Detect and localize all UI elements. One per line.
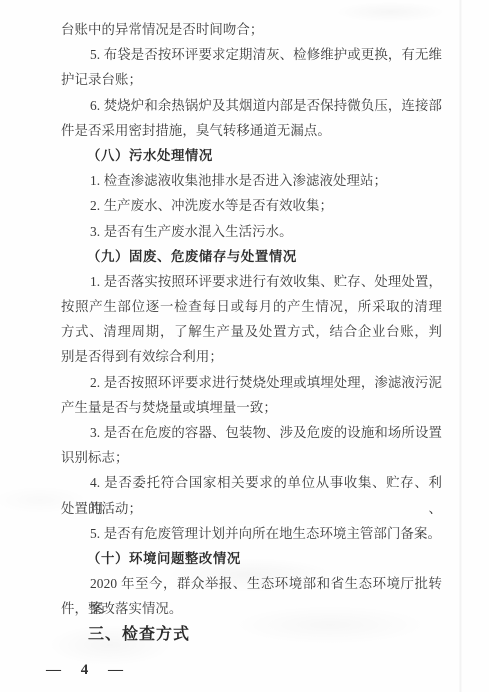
section-heading: （九）固废、危废储存与处置情况	[61, 244, 442, 269]
text-line: 3. 是否在危废的容器、包装物、涉及危废的设施和场所设置	[61, 420, 442, 445]
text-line: 4. 是否委托符合国家相关要求的单位从事收集、贮存、利用、	[61, 470, 442, 495]
text-line: 5. 布袋是否按环评要求定期清灰、检修维护或更换，有无维	[61, 42, 442, 67]
text-line: 方式、清理周期，了解生产量及处置方式，结合企业台账，判	[61, 319, 442, 344]
section-heading: （八）污水处理情况	[61, 143, 442, 168]
page-number: — 4 —	[46, 662, 125, 679]
text-line: 2020 年至今，群众举报、生态环境部和省生态环境厅批转案	[61, 571, 442, 596]
text-line: 2. 是否按照环评要求进行焚烧处理或填埋处理，渗滤液污泥	[61, 370, 442, 395]
text-line: 护记录台账；	[61, 67, 442, 92]
text-line: 1. 是否落实按照环评要求进行有效收集、贮存、处理处置，	[61, 269, 442, 294]
text-line: 件，整改落实情况。	[61, 596, 442, 621]
text-line: 3. 是否有生产废水混入生活污水。	[61, 219, 442, 244]
chapter-heading: 三、检查方式	[61, 622, 442, 647]
text-line: 按照产生部位逐一检查每日或每月的产生情况，所采取的清理	[61, 294, 442, 319]
text-line: 2. 生产废水、冲洗废水等是否有效收集；	[61, 193, 442, 218]
text-line: 别是否得到有效综合利用；	[61, 344, 442, 369]
document-body: 台账中的异常情况是否时间吻合；5. 布袋是否按环评要求定期清灰、检修维护或更换，…	[61, 17, 442, 647]
text-line: 识别标志；	[61, 445, 442, 470]
text-line: 台账中的异常情况是否时间吻合；	[61, 17, 442, 42]
text-line: 件是否采用密封措施，臭气转移通道无漏点。	[61, 118, 442, 143]
text-line: 产生量是否与焚烧量或填埋量一致；	[61, 395, 442, 420]
text-line: 5. 是否有危废管理计划并向所在地生态环境主管部门备案。	[61, 521, 442, 546]
text-line: 1. 检查渗滤液收集池排水是否进入渗滤液处理站；	[61, 168, 442, 193]
text-line: 6. 焚烧炉和余热锅炉及其烟道内部是否保持微负压，连接部	[61, 93, 442, 118]
document-page: 台账中的异常情况是否时间吻合；5. 布袋是否按环评要求定期清灰、检修维护或更换，…	[0, 0, 489, 692]
section-heading: （十）环境问题整改情况	[61, 546, 442, 571]
